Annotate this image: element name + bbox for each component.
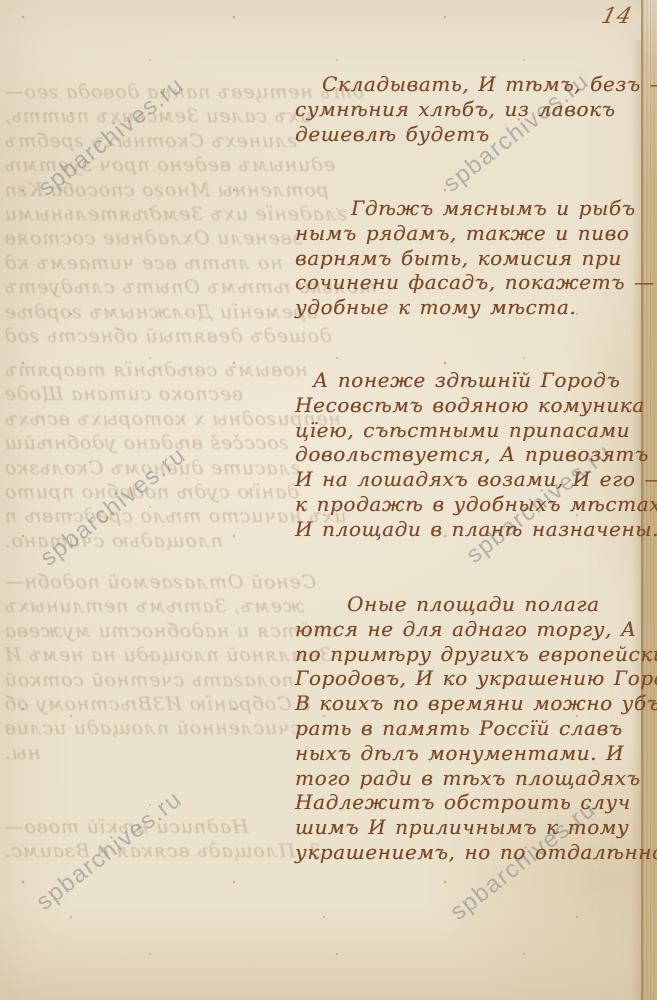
manuscript-line: сочинени фасадъ, покажетъ —	[295, 270, 647, 295]
manuscript-line: Несовсѣмъ водяною комуника	[295, 393, 647, 418]
manuscript-line: ются не для аднаго торгу, А	[295, 617, 647, 642]
manuscript-line: ныхъ дѣлъ монументами. И	[295, 741, 647, 766]
manuscript-line: Надлежитъ обстроить случ	[295, 790, 647, 815]
manuscript-line: И на лошадяхъ возами, И его —	[295, 467, 647, 492]
manuscript-line: удобные к тому мѣста.	[295, 295, 647, 320]
manuscript-line: цїею, съѣстными припасами	[295, 418, 647, 443]
manuscript-line: Городовъ, И ко украшению Города,	[295, 666, 647, 691]
manuscript-line: варнямъ быть, комисия при	[295, 246, 647, 271]
manuscript-line: шимъ И приличнымъ к тому	[295, 815, 647, 840]
manuscript-line: сумнѣния хлѣбъ, из лавокъ	[295, 97, 647, 122]
handwritten-text-layer: Складывать, И тѣмъ, безъ —сумнѣния хлѣбъ…	[0, 0, 657, 1000]
manuscript-paragraph-2: Гдѣжъ мяснымъ и рыбънымъ рядамъ, также и…	[295, 196, 647, 320]
manuscript-line: нымъ рядамъ, также и пиво	[295, 221, 647, 246]
manuscript-line: В коихъ по времяни можно убъ	[295, 691, 647, 716]
manuscript-line: довольствуется, А привозятъ —	[295, 442, 647, 467]
manuscript-line: А понеже здѣшнїй Городъ	[295, 368, 647, 393]
manuscript-scan-page: 14 отъ нетцевъ панна довода гео—ихъ сале…	[0, 0, 657, 1000]
manuscript-line: Гдѣжъ мяснымъ и рыбъ	[295, 196, 647, 221]
manuscript-paragraph-3: А понеже здѣшнїй ГородъНесовсѣмъ водяною…	[295, 368, 647, 542]
manuscript-line: рать в память Россїй славъ	[295, 716, 647, 741]
manuscript-line: украшениемъ, но по отдалѣнно~	[295, 840, 647, 865]
manuscript-line: того ради в тѣхъ площадяхъ	[295, 766, 647, 791]
manuscript-paragraph-1: Складывать, И тѣмъ, безъ —сумнѣния хлѣбъ…	[295, 72, 647, 146]
manuscript-line: Складывать, И тѣмъ, безъ —	[295, 72, 647, 97]
manuscript-line: по примѣру другихъ европейскихъ	[295, 642, 647, 667]
manuscript-line: И площади в планѣ назначены.	[295, 517, 647, 542]
manuscript-line: к продажѣ в удобныхъ мѣстахъ	[295, 492, 647, 517]
manuscript-paragraph-4: Оные площади полагаются не для аднаго то…	[295, 592, 647, 865]
manuscript-line: Оные площади полага	[295, 592, 647, 617]
manuscript-line: дешевлѣ будетъ	[295, 122, 647, 147]
